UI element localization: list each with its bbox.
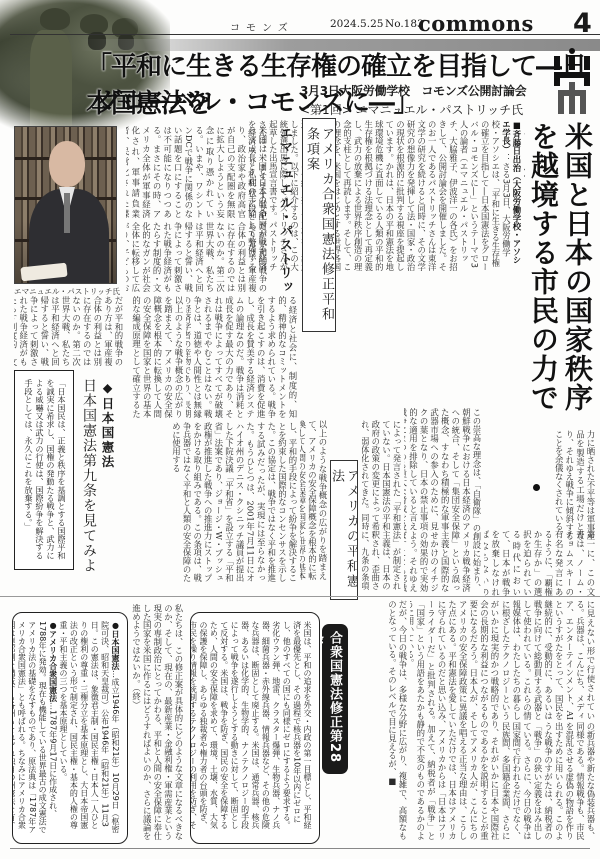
issue-date: 2024.5.25 (330, 18, 383, 30)
author-name: エマニュエル・パストリッチ (272, 126, 292, 294)
article-column: 第一に、この文書は、ノーム・チョムスキーの有名な発言にあるように、「覇権か生存か… (484, 530, 596, 596)
article-nine-quote-box: 「日本国民は、正義と秩序を基調とする国際平和を誠実に希求し、国権の発動たる戦争と… (14, 370, 74, 570)
amendment-28-box: 米国は、平和の追求を外交・内政の第一目標とし、平和経済を最優先とし、その過程で核… (190, 612, 320, 844)
section-title-box: アメリカ合衆国憲法修正平和条項案 (302, 118, 336, 332)
article-column: 以上のような戦争概念の広がりを踏まえて、アメリカの安全保障概念を根本的に転換して… (300, 420, 328, 580)
portrait-photo (14, 126, 117, 284)
american-peace-constitution-box: アメリカの平和憲法 (330, 460, 358, 600)
head-shape (49, 141, 85, 187)
article-nine-quote: 「日本国民は、正義と秩序を基調とする国際平和を誠実に希求し、国権の発動たる戦争と… (24, 379, 67, 559)
glossary-content: ●日本国憲法…成立1946年（昭和21年）10月29日（枢密院可決、昭和天皇裁可… (12, 621, 120, 835)
american-peace-constitution-title: アメリカの平和憲法 (330, 469, 358, 591)
closing-paragraph: 私たちは、この修正案が具体的にどのような文章になるべきなのか、そして、現在の、最… (132, 604, 184, 840)
commons-logo: commons (418, 11, 534, 36)
soldier-body-shape (30, 30, 72, 130)
article-column: 力に晒された不平等は軍事産品を製造する工場だけとなり、それゆえ戦争に傾斜すること… (544, 430, 596, 540)
masthead-kana: コモンズ (230, 19, 294, 34)
article-column: だが、今日の戦争は、多様な分野に広がり、複雑で、高額なものとなっている。そのレベ… (352, 600, 408, 840)
newspaper-page: コモンズ 2024.5.25 No.183 commons 4 「平和に生きる生… (0, 0, 600, 859)
page-bottom-rule (10, 848, 590, 849)
article-column: る経済と社会に、制度的、知的、精神的なコミットメントをするよう求められている。戦… (186, 296, 298, 418)
bullet-dot (533, 484, 540, 491)
feature-headline: 米国と日本の国家秩序を越境する市民の力で転換するために (524, 122, 594, 412)
article-column: し、平和的手段によって紛争を解決することを約束した国際的なコンセンサスを示した。… (116, 422, 298, 582)
article-column: 以上のような戦争概念の広がりを踏まえて、アメリカの安全保障概念を根本的に転換して… (130, 296, 184, 418)
article-column: この崇高な理念は、「自衛隊」の創設に始まり、朝鮮戦争における日本経済のアメリカ戦… (404, 408, 482, 592)
tie-shape (64, 193, 70, 233)
article-column: によって発言された「平和憲法」が制定されていない。日本国憲法の平和主義は、日本の… (362, 420, 402, 590)
amendment-28-label: 合衆国憲法修正第28条 (322, 624, 348, 774)
article-column: の新兵器や新たな偽装兵器も、同様である。情報戦争も、市民を混乱させる虚偽の物語を… (500, 722, 596, 840)
labor-union-emblem-icon (552, 48, 592, 114)
glossary-box: ●日本国憲法…成立1946年（昭和21年）10月29日（枢密院可決、昭和天皇裁可… (12, 612, 128, 844)
section-title: アメリカ合衆国憲法修正平和条項案 (304, 127, 334, 323)
author-heading: エマニュエル・パストリッチ（大統領候補） (272, 126, 294, 306)
glossary-item1-title: ●日本国憲法 (111, 621, 120, 670)
event-info: 3月3日大阪労働学校 コモンズ公開討論会 (300, 82, 526, 99)
article-column: がいかに現実的かつ戦略的であり、それがいかに日本や国際社会の長期的な利益につなが… (410, 600, 500, 840)
speaker-info: <第1回> エマニュエル・パストリッチ氏 (300, 101, 523, 118)
page-number: 4 (573, 8, 592, 39)
glossary-item2-title: ●アメリカ合衆国憲法 (49, 621, 58, 702)
amendment-28-text: 米国は、平和の追求を外交・内政の第一目標とし、平和経済を最優先とし、その過程で核… (190, 621, 312, 835)
helmet-shape (40, 8, 70, 30)
article-nine-subheading: 日本国憲法第九条を見てみよう。 (78, 378, 98, 588)
japan-constitution-heading: ◆日本国憲法◆ (98, 380, 116, 480)
article-column: だが平和的戦争のあり方は、軍産複合体の利益とは別に存在するのではないのか。第二次… (126, 222, 268, 292)
article-column: だが平和的戦争のあり方は、軍産複合体の利益とは別に存在するのではないのか。第二次… (14, 296, 124, 366)
helmet-shape (80, 14, 108, 34)
article-column: 米国は、ますます戦争ヒステリー症状に陥り、政治家や政府高官が自己の支配圏を無限に… (126, 126, 268, 218)
article-column: に見えない形で行使されている。兵器は、こんにち、メディア、エンターテインメント、… (500, 600, 596, 720)
band-divider (0, 596, 600, 597)
